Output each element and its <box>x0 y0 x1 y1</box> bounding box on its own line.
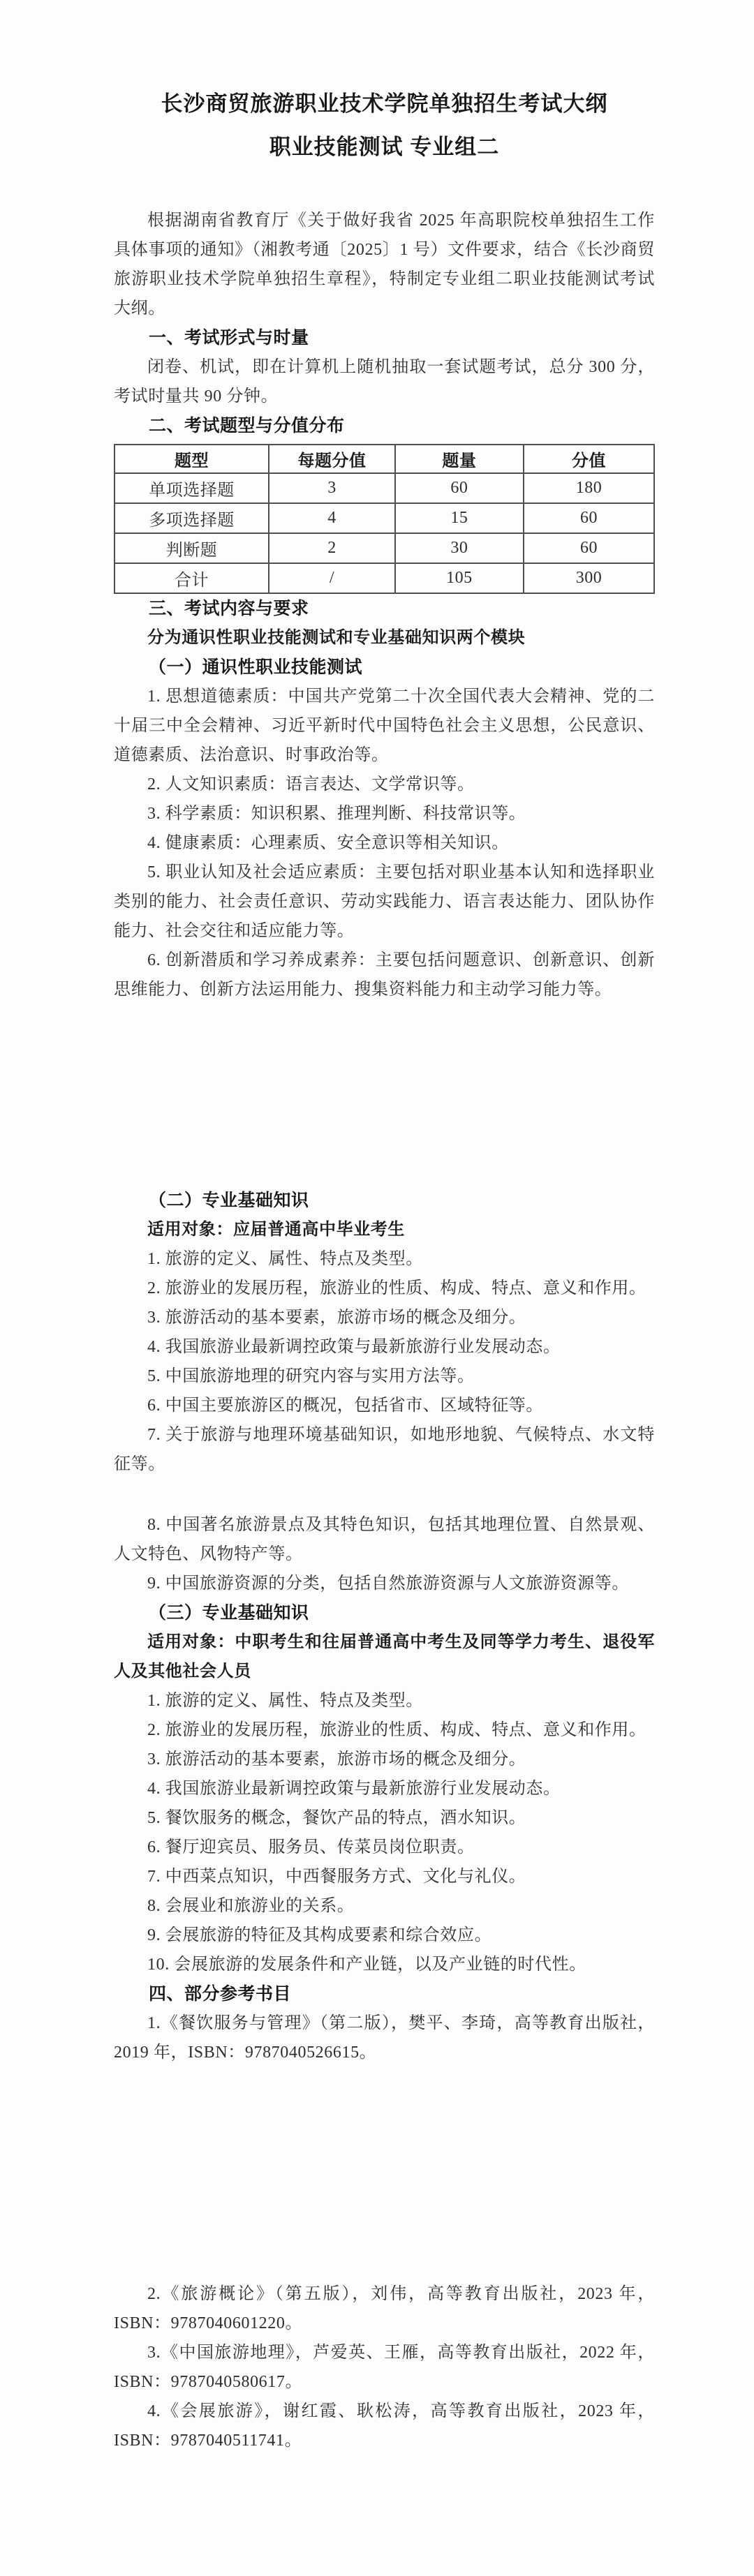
table-cell-total-points: 60 <box>524 533 654 563</box>
table-cell-total-points: 180 <box>524 473 654 503</box>
table-cell-points-per-question: 2 <box>269 533 395 563</box>
module-3-items: 1. 旅游的定义、属性、特点及类型。2. 旅游业的发展历程，旅游业的性质、构成、… <box>114 1686 655 1979</box>
section-1-paragraph: 闭卷、机试，即在计算机上随机抽取一套试题考试，总分 300 分，考试时量共 90… <box>114 352 655 411</box>
list-item: 6. 餐厅迎宾员、服务员、传菜员岗位职责。 <box>114 1833 655 1862</box>
document-page: 长沙商贸旅游职业技术学院单独招生考试大纲 职业技能测试 专业组二 根据湖南省教育… <box>0 0 754 2576</box>
table-cell-question-count: 30 <box>395 533 524 563</box>
list-item: 5. 中国旅游地理的研究内容与实用方法等。 <box>114 1362 655 1391</box>
list-item: 3. 旅游活动的基本要素，旅游市场的概念及细分。 <box>114 1745 655 1774</box>
section-3-heading: 三、考试内容与要求 <box>114 594 655 623</box>
table-header-cell: 题量 <box>395 445 524 473</box>
table-cell-points-per-question: 4 <box>269 503 395 533</box>
list-item: 3. 科学素质：知识积累、推理判断、科技常识等。 <box>114 799 655 828</box>
page-break-gap <box>114 1004 655 1186</box>
table-cell-question-count: 60 <box>395 473 524 503</box>
doc-title-line2: 职业技能测试 专业组二 <box>114 126 655 169</box>
list-item: 4. 我国旅游业最新调控政策与最新旅游行业发展动态。 <box>114 1332 655 1362</box>
doc-title-line1: 长沙商贸旅游职业技术学院单独招生考试大纲 <box>114 82 655 126</box>
list-item: 7. 关于旅游与地理环境基础知识，如地形地貌、气候特点、水文特征等。 <box>114 1420 655 1479</box>
table-row: 判断题 2 30 60 <box>114 533 654 563</box>
module-1-items: 1. 思想道德素质：中国共产党第二十次全国代表大会精神、党的二十届三中全会精神、… <box>114 682 655 1004</box>
table-row: 合计 / 105 300 <box>114 563 654 593</box>
table-header-cell: 每题分值 <box>269 445 395 473</box>
table-body: 单项选择题 3 60 180 多项选择题 4 15 60 判断题 2 30 60 <box>114 473 654 593</box>
table-row: 多项选择题 4 15 60 <box>114 503 654 533</box>
section-4-heading: 四、部分参考书目 <box>114 1979 655 2009</box>
table-header-cell: 分值 <box>524 445 654 473</box>
section-1-heading: 一、考试形式与时量 <box>114 323 655 352</box>
reference-list-part2: 2.《旅游概论》（第五版），刘伟，高等教育出版社，2023 年，ISBN：978… <box>114 2279 655 2455</box>
table-cell-question-type: 单项选择题 <box>114 473 269 503</box>
module-1-heading: （一）通识性职业技能测试 <box>114 653 655 682</box>
table-header-row: 题型每题分值题量分值 <box>114 445 654 473</box>
list-item: 9. 中国旅游资源的分类，包括自然旅游资源与人文旅游资源等。 <box>114 1569 655 1598</box>
reference-item: 2.《旅游概论》（第五版），刘伟，高等教育出版社，2023 年，ISBN：978… <box>114 2279 655 2338</box>
reference-item: 3.《中国旅游地理》，芦爱英、王雁，高等教育出版社，2022 年，ISBN：97… <box>114 2338 655 2397</box>
intro-paragraph: 根据湖南省教育厅《关于做好我省 2025 年高职院校单独招生工作具体事项的通知》… <box>114 206 655 323</box>
list-item: 10. 会展旅游的发展条件和产业链，以及产业链的时代性。 <box>114 1950 655 1979</box>
list-item: 8. 中国著名旅游景点及其特色知识，包括其地理位置、自然景观、人文特色、风物特产… <box>114 1510 655 1569</box>
list-item: 2. 旅游业的发展历程，旅游业的性质、构成、特点、意义和作用。 <box>114 1274 655 1303</box>
list-item: 3. 旅游活动的基本要素，旅游市场的概念及细分。 <box>114 1303 655 1332</box>
module-2-items-part2: 8. 中国著名旅游景点及其特色知识，包括其地理位置、自然景观、人文特色、风物特产… <box>114 1510 655 1598</box>
list-item: 9. 会展旅游的特征及其构成要素和综合效应。 <box>114 1921 655 1950</box>
table-cell-question-count: 105 <box>395 563 524 593</box>
doc-title: 长沙商贸旅游职业技术学院单独招生考试大纲 职业技能测试 专业组二 <box>114 82 655 169</box>
module-2-heading: （二）专业基础知识 <box>114 1186 655 1215</box>
list-item: 6. 中国主要旅游区的概况，包括省市、区域特征等。 <box>114 1391 655 1420</box>
page-break-gap <box>114 2067 655 2279</box>
list-item: 8. 会展业和旅游业的关系。 <box>114 1891 655 1921</box>
section-2-heading: 二、考试题型与分值分布 <box>114 411 655 440</box>
module-3-heading: （三）专业基础知识 <box>114 1598 655 1628</box>
table-cell-question-type: 判断题 <box>114 533 269 563</box>
list-item: 1. 旅游的定义、属性、特点及类型。 <box>114 1686 655 1715</box>
reference-list-part1: 1.《餐饮服务与管理》（第二版），樊平、李琦，高等教育出版社，2019 年，IS… <box>114 2009 655 2067</box>
table-cell-points-per-question: 3 <box>269 473 395 503</box>
module-2-target: 适用对象：应届普通高中毕业考生 <box>114 1215 655 1244</box>
page-break-gap-small <box>114 1479 655 1510</box>
module-2-items-part1: 1. 旅游的定义、属性、特点及类型。2. 旅游业的发展历程，旅游业的性质、构成、… <box>114 1244 655 1479</box>
list-item: 2. 旅游业的发展历程，旅游业的性质、构成、特点、意义和作用。 <box>114 1715 655 1745</box>
reference-item: 1.《餐饮服务与管理》（第二版），樊平、李琦，高等教育出版社，2019 年，IS… <box>114 2009 655 2067</box>
table-cell-points-per-question: / <box>269 563 395 593</box>
table-cell-question-count: 15 <box>395 503 524 533</box>
list-item: 2. 人文知识素质：语言表达、文学常识等。 <box>114 770 655 799</box>
section-3-intro: 分为通识性职业技能测试和专业基础知识两个模块 <box>114 623 655 653</box>
list-item: 4. 健康素质：心理素质、安全意识等相关知识。 <box>114 828 655 858</box>
table-cell-total-points: 60 <box>524 503 654 533</box>
list-item: 5. 职业认知及社会适应素质：主要包括对职业基本认知和选择职业类别的能力、社会责… <box>114 858 655 946</box>
list-item: 4. 我国旅游业最新调控政策与最新旅游行业发展动态。 <box>114 1774 655 1803</box>
list-item: 1. 旅游的定义、属性、特点及类型。 <box>114 1244 655 1274</box>
table-cell-question-type: 多项选择题 <box>114 503 269 533</box>
list-item: 1. 思想道德素质：中国共产党第二十次全国代表大会精神、党的二十届三中全会精神、… <box>114 682 655 770</box>
table-row: 单项选择题 3 60 180 <box>114 473 654 503</box>
list-item: 6. 创新潜质和学习养成素养：主要包括问题意识、创新意识、创新思维能力、创新方法… <box>114 946 655 1004</box>
list-item: 5. 餐饮服务的概念，餐饮产品的特点，酒水知识。 <box>114 1803 655 1833</box>
table-cell-total-points: 300 <box>524 563 654 593</box>
table-header-cell: 题型 <box>114 445 269 473</box>
module-3-target: 适用对象：中职考生和往届普通高中考生及同等学力考生、退役军人及其他社会人员 <box>114 1628 655 1686</box>
reference-item: 4.《会展旅游》，谢红霞、耿松涛，高等教育出版社，2023 年，ISBN：978… <box>114 2397 655 2455</box>
table-cell-question-type: 合计 <box>114 563 269 593</box>
score-distribution-table: 题型每题分值题量分值 单项选择题 3 60 180 多项选择题 4 15 60 <box>114 444 655 594</box>
list-item: 7. 中西菜点知识，中西餐服务方式、文化与礼仪。 <box>114 1862 655 1891</box>
